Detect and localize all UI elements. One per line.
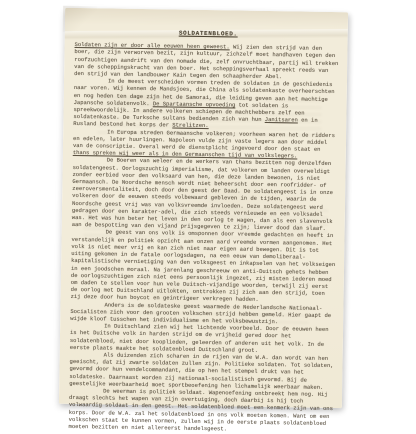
- paragraph: In Duitschland zien wij het lichtende vo…: [70, 322, 337, 355]
- underlined-text: Janitsaren: [265, 116, 298, 124]
- paragraph: De weerman is politiek soldaat. Wapenoef…: [68, 387, 336, 416]
- text-run: In Duitschland zien wij het lichtende vo…: [70, 323, 329, 354]
- paragraph: Als duizenden zich scharen in de rijen v…: [69, 351, 337, 391]
- paragraph: De geest van ons volk is omsponnen door …: [71, 228, 339, 304]
- text-run: Als duizenden zich scharen in de rijen v…: [69, 351, 333, 390]
- paragraph: De Boeren van weleer en de werkers van t…: [72, 156, 340, 232]
- document-title: SOLDATENBLOED.: [75, 28, 342, 39]
- text-run: Anders is de soldateske geest waarmede d…: [70, 301, 331, 325]
- document-paper: SOLDATENBLOED. Soldaten zijn er door all…: [59, 8, 348, 408]
- photo-background: SOLDATENBLOED. Soldaten zijn er door all…: [0, 0, 416, 416]
- paragraph: Soldaten zijn er door alle eeuwen heen g…: [74, 41, 342, 81]
- document-body: Soldaten zijn er door alle eeuwen heen g…: [68, 41, 341, 416]
- paragraph: In Europa streden Germaansche volkeren; …: [73, 128, 340, 161]
- paragraph: In de meest verscheiden vormen treden de…: [73, 77, 341, 132]
- text-run: De weerman is politiek soldaat. Wapenoef…: [68, 387, 332, 416]
- document-text: SOLDATENBLOED. Soldaten zijn er door all…: [68, 28, 341, 416]
- text-run: De Boeren van weleer en de werkers van t…: [72, 157, 333, 232]
- text-run: De geest van ons volk is omsponnen door …: [71, 229, 336, 303]
